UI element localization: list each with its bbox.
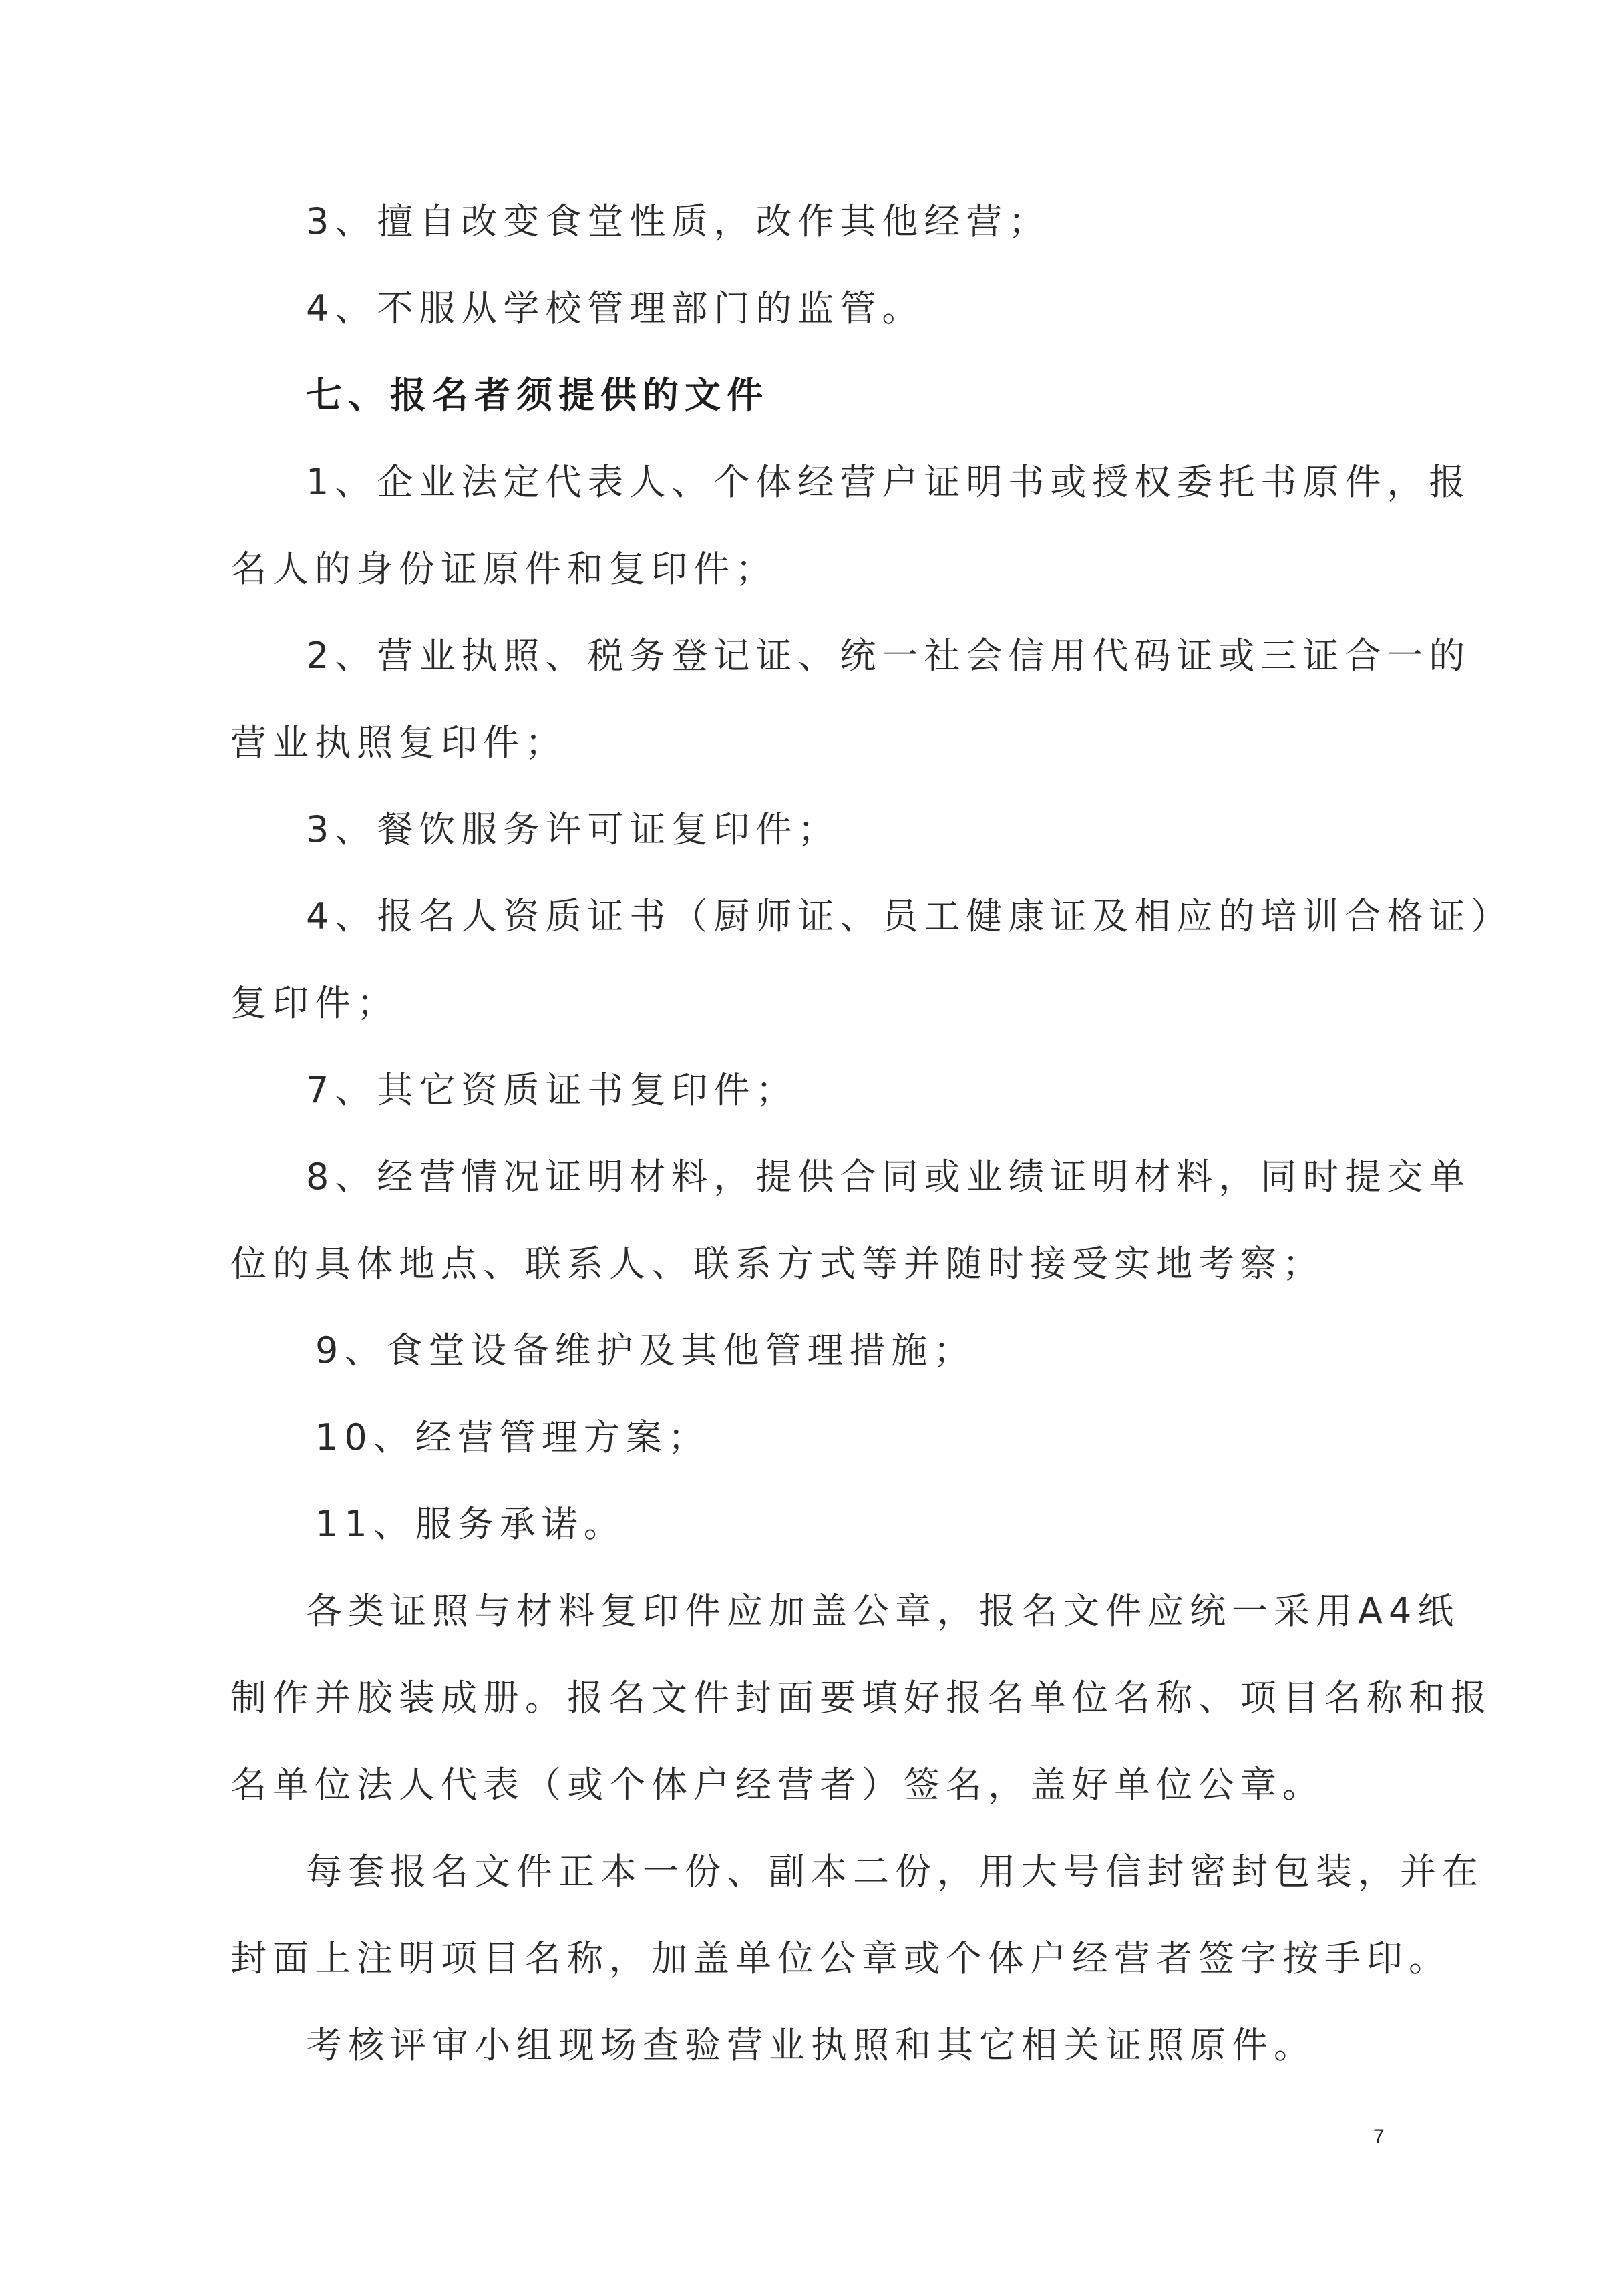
requirement-2-line-1: 2、营业执照、税务登记证、统一社会信用代码证或三证合一的 — [306, 635, 1471, 677]
requirement-4-line-2: 复印件； — [230, 982, 399, 1025]
violation-item-3: 3、擅自改变食堂性质，改作其他经营； — [306, 200, 1050, 243]
violation-item-4: 4、不服从学校管理部门的监管。 — [306, 287, 924, 330]
requirement-8-line-1: 8、经营情况证明材料，提供合同或业绩证明材料，同时提交单 — [306, 1156, 1471, 1198]
requirement-4-line-1: 4、报名人资质证书（厨师证、员工健康证及相应的培训合格证） — [306, 895, 1513, 938]
note-1-line-1: 各类证照与材料复印件应加盖公章，报名文件应统一采用A4纸 — [306, 1590, 1459, 1633]
note-2-line-2: 封面上注明项目名称，加盖单位公章或个体户经营者签字按手印。 — [230, 1937, 1451, 1980]
requirement-7: 7、其它资质证书复印件； — [306, 1069, 797, 1112]
note-2-line-1: 每套报名文件正本一份、副本二份，用大号信封密封包装，并在 — [306, 1850, 1484, 1893]
requirement-10: 10、经营管理方案； — [315, 1416, 710, 1459]
requirement-1-line-2: 名人的身份证原件和复印件； — [230, 548, 777, 591]
document-page: 3、擅自改变食堂性质，改作其他经营； 4、不服从学校管理部门的监管。 七、报名者… — [0, 0, 1609, 2296]
page-number: 7 — [1373, 2126, 1385, 2148]
requirement-11: 11、服务承诺。 — [315, 1503, 626, 1546]
requirement-2-line-2: 营业执照复印件； — [230, 721, 567, 764]
note-1-line-2: 制作并胶装成册。报名文件封面要填好报名单位名称、项目名称和报 — [230, 1677, 1493, 1719]
section-heading: 七、报名者须提供的文件 — [306, 374, 769, 417]
note-1-line-3: 名单位法人代表（或个体户经营者）签名，盖好单位公章。 — [230, 1764, 1324, 1806]
requirement-8-line-2: 位的具体地点、联系人、联系方式等并随时接受实地考察； — [230, 1243, 1324, 1285]
note-3: 考核评审小组现场查验营业执照和其它相关证照原件。 — [306, 2024, 1316, 2067]
requirement-9: 9、食堂设备维护及其他管理措施； — [315, 1329, 975, 1372]
requirement-3: 3、餐饮服务许可证复印件； — [306, 808, 840, 851]
requirement-1-line-1: 1、企业法定代表人、个体经营户证明书或授权委托书原件，报 — [306, 461, 1471, 504]
